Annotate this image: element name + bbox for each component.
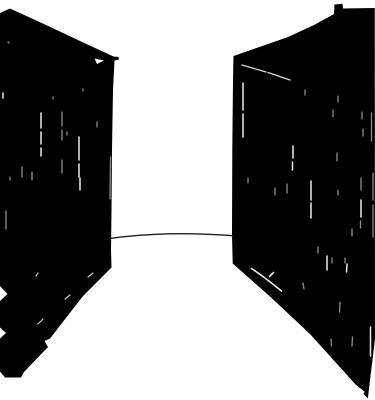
sketch-canvas <box>0 0 375 400</box>
left-wall-shape <box>0 9 119 378</box>
right-wall-shape <box>232 4 375 399</box>
ink-sketch-corridor <box>0 0 375 400</box>
horizon-line <box>111 234 233 239</box>
